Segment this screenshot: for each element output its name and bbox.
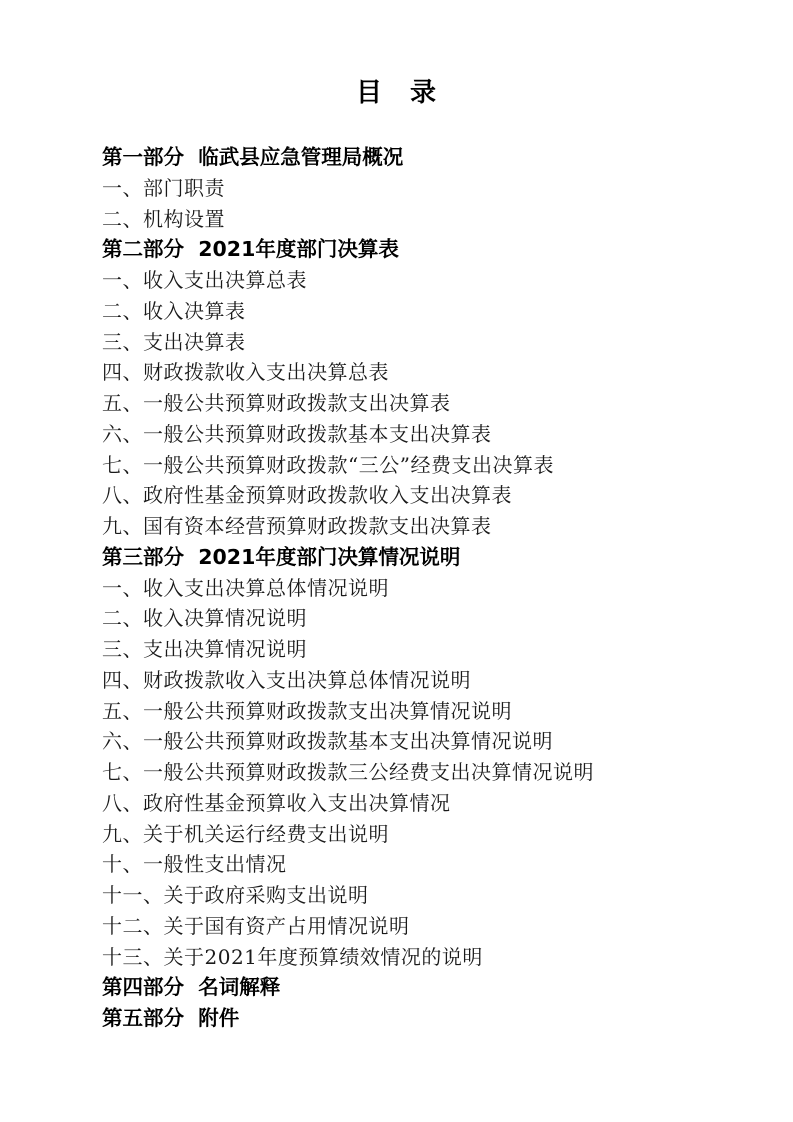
- document-title: 目 录: [0, 78, 793, 108]
- toc-item: 八、政府性基金预算收入支出决算情况: [102, 788, 753, 819]
- toc-item: 一、部门职责: [102, 173, 753, 204]
- toc-item: 六、一般公共预算财政拨款基本支出决算情况说明: [102, 726, 753, 757]
- toc-item: 一、收入支出决算总体情况说明: [102, 573, 753, 604]
- toc-item: 十一、关于政府采购支出说明: [102, 880, 753, 911]
- toc-item: 二、收入决算情况说明: [102, 603, 753, 634]
- toc-item: 九、国有资本经营预算财政拨款支出决算表: [102, 511, 753, 542]
- toc-item: 十、一般性支出情况: [102, 849, 753, 880]
- toc-item: 七、一般公共预算财政拨款三公经费支出决算情况说明: [102, 757, 753, 788]
- toc-item: 二、机构设置: [102, 204, 753, 235]
- toc-item: 五、一般公共预算财政拨款支出决算表: [102, 388, 753, 419]
- toc-item: 三、支出决算情况说明: [102, 634, 753, 665]
- toc-section-heading: 第五部分 附件: [102, 1003, 753, 1034]
- document-page: 目 录 第一部分 临武县应急管理局概况一、部门职责二、机构设置第二部分 2021…: [0, 0, 793, 1122]
- toc-item: 八、政府性基金预算财政拨款收入支出决算表: [102, 480, 753, 511]
- toc-item: 七、一般公共预算财政拨款“三公”经费支出决算表: [102, 450, 753, 481]
- toc-section-heading: 第三部分 2021年度部门决算情况说明: [102, 542, 753, 573]
- toc-section-heading: 第一部分 临武县应急管理局概况: [102, 142, 753, 173]
- toc-item: 四、财政拨款收入支出决算总体情况说明: [102, 665, 753, 696]
- toc-item: 十三、关于2021年度预算绩效情况的说明: [102, 942, 753, 973]
- toc-item: 十二、关于国有资产占用情况说明: [102, 911, 753, 942]
- toc-item: 四、财政拨款收入支出决算总表: [102, 357, 753, 388]
- toc-item: 五、一般公共预算财政拨款支出决算情况说明: [102, 696, 753, 727]
- toc-item: 一、收入支出决算总表: [102, 265, 753, 296]
- toc-item: 二、收入决算表: [102, 296, 753, 327]
- toc-item: 九、关于机关运行经费支出说明: [102, 819, 753, 850]
- toc-section-heading: 第四部分 名词解释: [102, 972, 753, 1003]
- toc-item: 三、支出决算表: [102, 327, 753, 358]
- toc-list: 第一部分 临武县应急管理局概况一、部门职责二、机构设置第二部分 2021年度部门…: [0, 142, 793, 1034]
- toc-section-heading: 第二部分 2021年度部门决算表: [102, 234, 753, 265]
- toc-item: 六、一般公共预算财政拨款基本支出决算表: [102, 419, 753, 450]
